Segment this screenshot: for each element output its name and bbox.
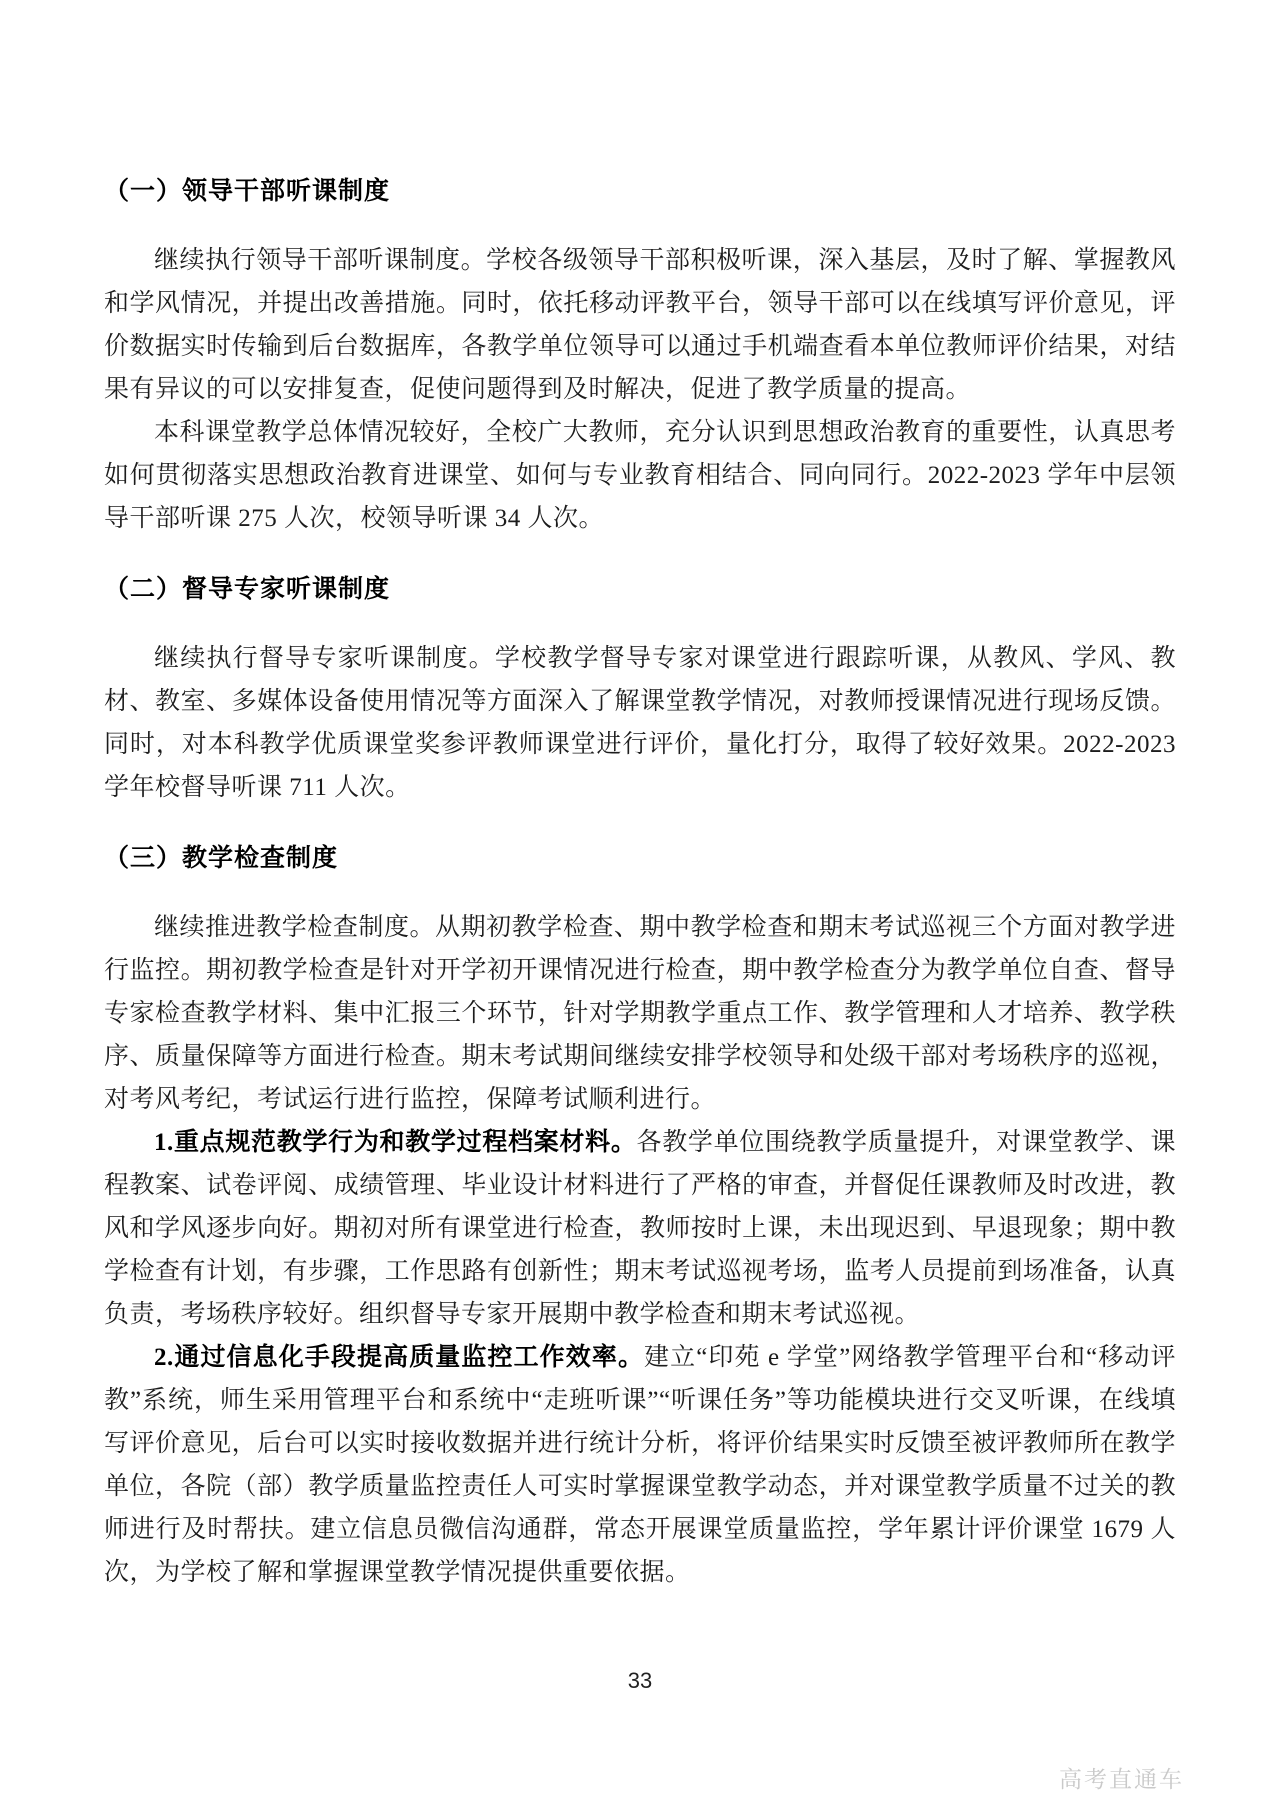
- section-heading: （三）教学检查制度: [104, 837, 1176, 880]
- paragraph-lead: 1.重点规范教学行为和教学过程档案材料。: [154, 1129, 637, 1156]
- paragraph-text: 继续执行领导干部听课制度。学校各级领导干部积极听课，深入基层，及时了解、掌握教风…: [104, 247, 1176, 403]
- paragraph-text: 建立“印苑 e 学堂”网络教学管理平台和“移动评教”系统，师生采用管理平台和系统…: [104, 1344, 1176, 1586]
- paragraph: 继续执行督导专家听课制度。学校教学督导专家对课堂进行跟踪听课，从教风、学风、教材…: [104, 637, 1176, 809]
- paragraph-text: 继续执行督导专家听课制度。学校教学督导专家对课堂进行跟踪听课，从教风、学风、教材…: [104, 645, 1176, 801]
- paragraph-lead: 2.通过信息化手段提高质量监控工作效率。: [154, 1344, 644, 1371]
- watermark: 高考直通车: [1059, 1761, 1184, 1794]
- paragraph: 继续执行领导干部听课制度。学校各级领导干部积极听课，深入基层，及时了解、掌握教风…: [104, 239, 1176, 411]
- section-teaching-inspection: （三）教学检查制度 继续推进教学检查制度。从期初教学检查、期中教学检查和期末考试…: [104, 837, 1176, 1594]
- paragraph: 继续推进教学检查制度。从期初教学检查、期中教学检查和期末考试巡视三个方面对教学进…: [104, 906, 1176, 1121]
- section-leader-listening: （一）领导干部听课制度 继续执行领导干部听课制度。学校各级领导干部积极听课，深入…: [104, 170, 1176, 540]
- section-heading: （一）领导干部听课制度: [104, 170, 1176, 213]
- paragraph: 本科课堂教学总体情况较好，全校广大教师，充分认识到思想政治教育的重要性，认真思考…: [104, 411, 1176, 540]
- section-supervisor-listening: （二）督导专家听课制度 继续执行督导专家听课制度。学校教学督导专家对课堂进行跟踪…: [104, 568, 1176, 809]
- paragraph-text: 各教学单位围绕教学质量提升，对课堂教学、课程教案、试卷评阅、成绩管理、毕业设计材…: [104, 1129, 1176, 1328]
- paragraph-text: 继续推进教学检查制度。从期初教学检查、期中教学检查和期末考试巡视三个方面对教学进…: [104, 914, 1176, 1113]
- section-heading: （二）督导专家听课制度: [104, 568, 1176, 611]
- paragraph: 1.重点规范教学行为和教学过程档案材料。各教学单位围绕教学质量提升，对课堂教学、…: [104, 1121, 1176, 1336]
- paragraph-text: 本科课堂教学总体情况较好，全校广大教师，充分认识到思想政治教育的重要性，认真思考…: [104, 419, 1176, 532]
- page-number: 33: [0, 1668, 1280, 1694]
- document-page: （一）领导干部听课制度 继续执行领导干部听课制度。学校各级领导干部积极听课，深入…: [0, 0, 1280, 1810]
- paragraph: 2.通过信息化手段提高质量监控工作效率。建立“印苑 e 学堂”网络教学管理平台和…: [104, 1336, 1176, 1594]
